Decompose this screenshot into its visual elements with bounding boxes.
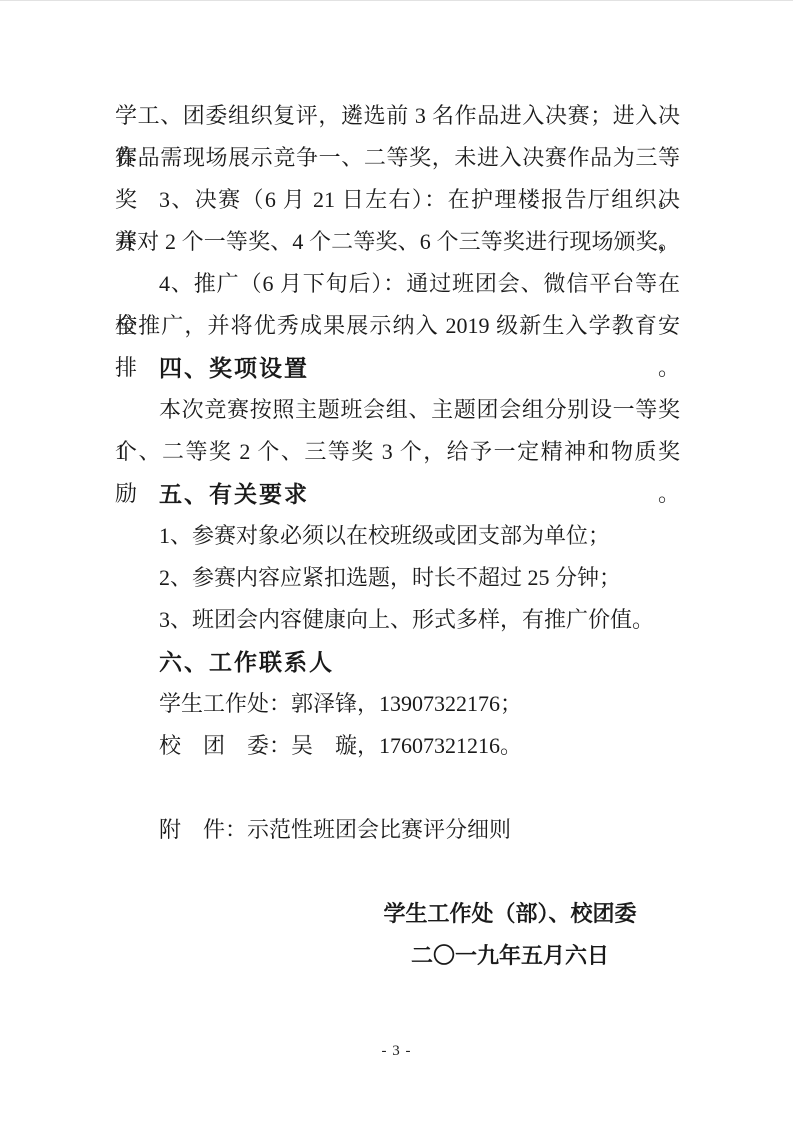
attachment-line: 附 件：示范性班团会比赛评分细则 <box>115 809 680 851</box>
contact-line-student-affairs: 学生工作处：郭泽锋，13907322176； <box>115 683 680 725</box>
numbered-item-finals: 3、决赛（6 月 21 日左右）：在护理楼报告厅组织决赛， <box>115 179 680 221</box>
signature-org: 学生工作处（部）、校团委 <box>340 893 680 935</box>
signature-date: 二〇一九年五月六日 <box>340 935 680 977</box>
document-body: 学工、团委组织复评，遴选前 3 名作品进入决赛；进入决赛 作品需现场展示竞争一、… <box>115 95 680 977</box>
document-page: 学工、团委组织复评，遴选前 3 名作品进入决赛；进入决赛 作品需现场展示竞争一、… <box>0 0 793 1122</box>
page-number: - 3 - <box>0 1040 793 1062</box>
contact-line-league-committee: 校 团 委：吴 璇，17607321216。 <box>115 725 680 767</box>
numbered-item-promotion: 4、推广（6 月下旬后）：通过班团会、微信平台等在全 <box>115 263 680 305</box>
blank-line <box>115 767 680 809</box>
section-heading-contacts: 六、工作联系人 <box>115 641 680 683</box>
blank-line <box>115 851 680 893</box>
body-line: 校推广，并将优秀成果展示纳入 2019 级新生入学教育安排。 <box>115 305 680 347</box>
requirement-item-2: 2、参赛内容应紧扣选题，时长不超过 25 分钟； <box>115 557 680 599</box>
requirement-item-3: 3、班团会内容健康向上、形式多样，有推广价值。 <box>115 599 680 641</box>
body-line: 个、二等奖 2 个、三等奖 3 个，给予一定精神和物质奖励。 <box>115 431 680 473</box>
body-line: 并对 2 个一等奖、4 个二等奖、6 个三等奖进行现场颁奖。 <box>115 221 680 263</box>
requirement-item-1: 1、参赛对象必须以在校班级或团支部为单位； <box>115 515 680 557</box>
body-line: 作品需现场展示竞争一、二等奖，未进入决赛作品为三等奖。 <box>115 137 680 179</box>
body-line: 本次竞赛按照主题班会组、主题团会组分别设一等奖 1 <box>115 389 680 431</box>
body-line: 学工、团委组织复评，遴选前 3 名作品进入决赛；进入决赛 <box>115 95 680 137</box>
signature-block: 学生工作处（部）、校团委 二〇一九年五月六日 <box>340 893 680 977</box>
